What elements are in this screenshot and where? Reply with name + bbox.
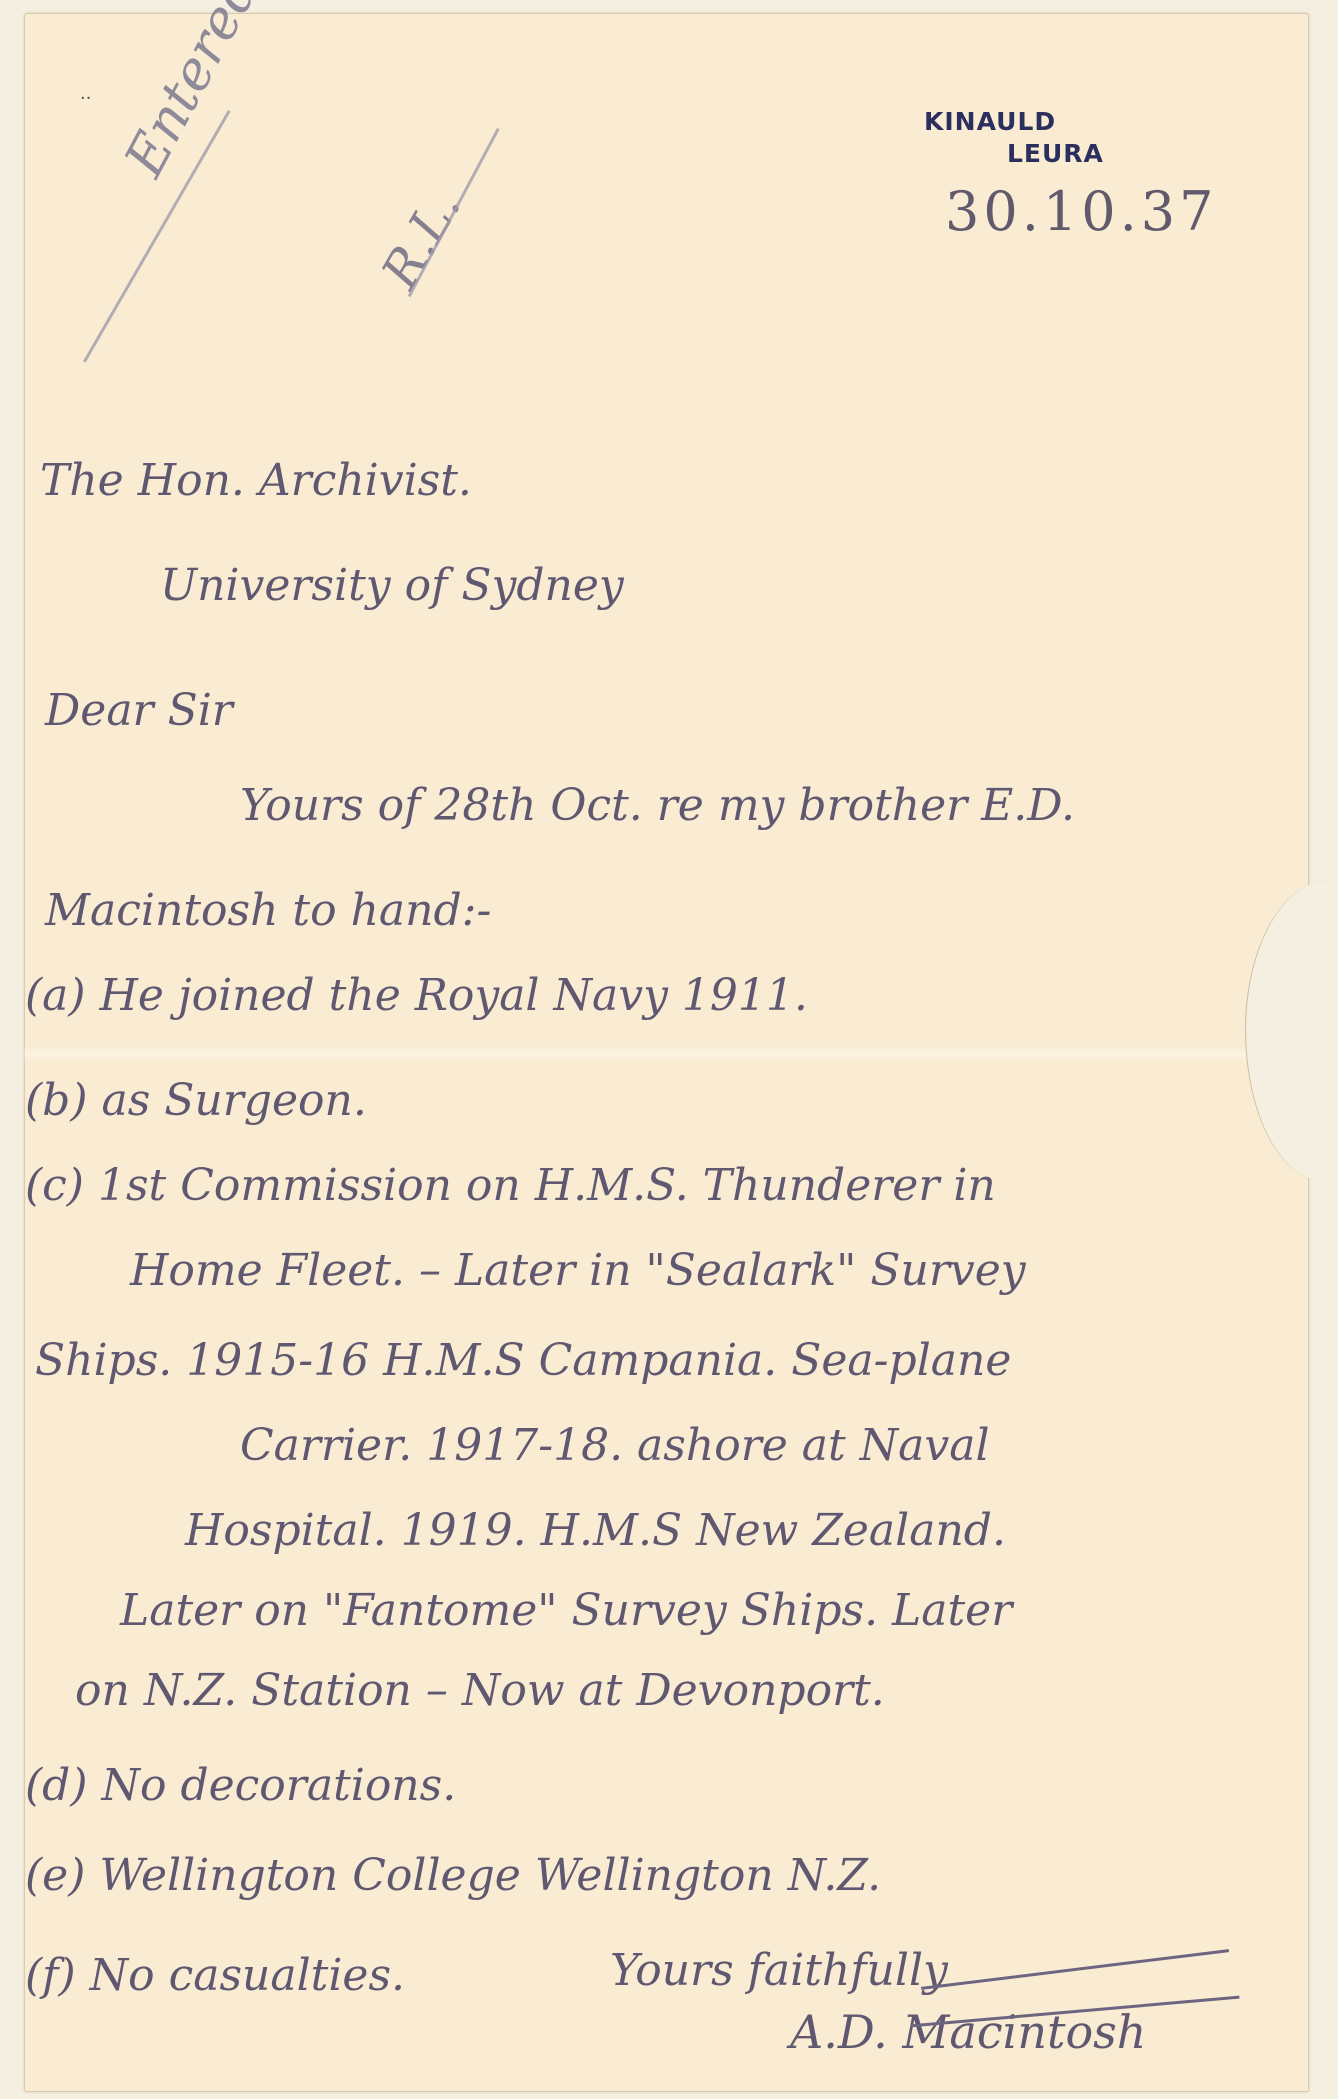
body-line: (d) No decorations. [25,1760,456,1811]
body-line: (f) No casualties. [25,1950,405,2001]
letter-date: 30.10.37 [945,180,1217,243]
body-line: (e) Wellington College Wellington N.Z. [25,1850,881,1901]
addressee-line: University of Sydney [160,560,624,611]
addressee-line: The Hon. Archivist. [40,455,472,506]
salutation: Dear Sir [45,685,233,736]
body-line: on N.Z. Station – Now at Devonport. [75,1665,885,1716]
body-line: Hospital. 1919. H.M.S New Zealand. [185,1505,1006,1556]
body-line: Ships. 1915-16 H.M.S Campania. Sea-plane [35,1335,1011,1386]
letterhead-town: LEURA [924,138,1104,170]
body-line: (a) He joined the Royal Navy 1911. [25,970,808,1021]
body-line: Home Fleet. – Later in "Sealark" Survey [130,1245,1026,1296]
body-line: (c) 1st Commission on H.M.S. Thunderer i… [25,1160,996,1211]
letterhead: KINAULD LEURA [924,106,1104,170]
signature: A.D. Macintosh [790,2005,1146,2059]
body-line: Macintosh to hand:- [45,885,491,936]
paper-fold-line [24,1045,1307,1063]
letterhead-house-name: KINAULD [924,106,1104,138]
corner-mark: ·· [80,88,91,109]
body-line: Carrier. 1917-18. ashore at Naval [240,1420,990,1471]
body-line: Yours of 28th Oct. re my brother E.D. [240,780,1075,831]
body-line: (b) as Surgeon. [25,1075,367,1126]
closing: Yours faithfully [610,1945,948,1996]
body-line: Later on "Fantome" Survey Ships. Later [120,1585,1012,1636]
